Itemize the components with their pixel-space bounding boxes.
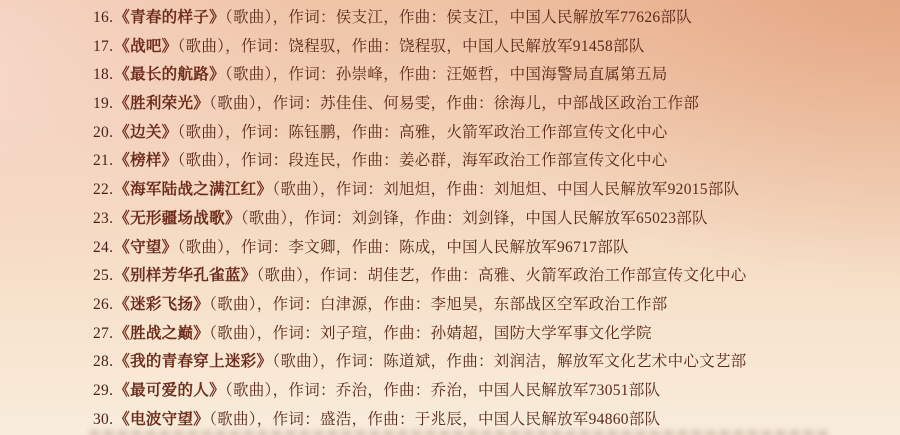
item-details: （歌曲），作词：白津源，作曲：李旭昊，东部战区空军政治工作部 [209,296,668,313]
item-number: 27. [93,325,113,342]
item-details: （歌曲），作词：孙崇峰，作曲：汪姬哲，中国海警局直属第五局 [225,66,668,83]
item-details: （歌曲），作词：段连民，作曲：姜必群，海军政治工作部宣传文化中心 [177,152,667,169]
item-details: （歌曲），作词：刘剑锋，作曲：刘剑锋，中国人民解放军65023部队 [241,210,708,227]
list-item: 24.《守望》（歌曲），作词：李文卿，作曲：陈成，中国人民解放军96717部队 [93,234,900,263]
list-item: 22.《海军陆战之满江红》（歌曲），作词：刘旭炟，作曲：刘旭炟、中国人民解放军9… [93,176,900,205]
list-item: 27.《胜战之巅》（歌曲），作词：刘子瑄，作曲：孙婧超，国防大学军事文化学院 [93,320,900,349]
list-item: 28.《我的青春穿上迷彩》（歌曲），作词：陈道斌，作曲：刘润洁，解放军文化艺术中… [93,348,900,377]
item-details: （歌曲），作词：李文卿，作曲：陈成，中国人民解放军96717部队 [177,239,628,256]
item-title: 《迷彩飞扬》 [114,296,209,313]
item-title: 《无形疆场战歌》 [114,210,240,227]
item-number: 19. [93,95,113,112]
item-number: 23. [93,210,113,227]
item-title: 《胜利荣光》 [114,95,209,112]
item-number: 29. [93,382,113,399]
item-details: （歌曲），作词：乔治，作曲：乔治，中国人民解放军73051部队 [225,382,661,399]
item-number: 24. [93,239,113,256]
item-number: 25. [93,267,113,284]
list-item: 23.《无形疆场战歌》（歌曲），作词：刘剑锋，作曲：刘剑锋，中国人民解放军650… [93,205,900,234]
next-line-cutoff [90,430,830,435]
item-title: 《别样芳华孔雀蓝》 [114,267,256,284]
item-title: 《电波守望》 [114,411,209,428]
item-number: 18. [93,66,113,83]
item-title: 《边关》 [114,124,177,141]
list-item: 25.《别样芳华孔雀蓝》（歌曲），作词：胡佳艺，作曲：高雅、火箭军政治工作部宣传… [93,262,900,291]
item-details: （歌曲），作词：饶程驭，作曲：饶程驭，中国人民解放军91458部队 [177,38,644,55]
item-title: 《青春的样子》 [114,9,225,26]
item-details: （歌曲），作词：盛浩，作曲：于兆辰，中国人民解放军94860部队 [209,411,660,428]
item-details: （歌曲），作词：苏佳佳、何易雯，作曲：徐海儿，中部战区政治工作部 [209,95,699,112]
item-title: 《胜战之巅》 [114,325,209,342]
item-title: 《最可爱的人》 [114,382,225,399]
list-item: 21.《榜样》（歌曲），作词：段连民，作曲：姜必群，海军政治工作部宣传文化中心 [93,147,900,176]
item-title: 《海军陆战之满江红》 [114,181,272,198]
item-details: （歌曲），作词：胡佳艺，作曲：高雅、火箭军政治工作部宣传文化中心 [256,267,746,284]
item-number: 17. [93,38,113,55]
item-number: 21. [93,152,113,169]
list-item: 20.《边关》（歌曲），作词：陈钰鹏，作曲：高雅，火箭军政治工作部宣传文化中心 [93,119,900,148]
list-item: 19.《胜利荣光》（歌曲），作词：苏佳佳、何易雯，作曲：徐海儿，中部战区政治工作… [93,90,900,119]
song-list: 16.《青春的样子》（歌曲），作词：侯支江，作曲：侯支江，中国人民解放军7762… [0,0,900,434]
list-item: 18.《最长的航路》（歌曲），作词：孙崇峰，作曲：汪姬哲，中国海警局直属第五局 [93,61,900,90]
list-item: 16.《青春的样子》（歌曲），作词：侯支江，作曲：侯支江，中国人民解放军7762… [93,4,900,33]
item-title: 《榜样》 [114,152,177,169]
item-details: （歌曲），作词：陈钰鹏，作曲：高雅，火箭军政治工作部宣传文化中心 [177,124,667,141]
item-title: 《战吧》 [114,38,177,55]
item-details: （歌曲），作词：刘子瑄，作曲：孙婧超，国防大学军事文化学院 [209,325,652,342]
list-item: 26.《迷彩飞扬》（歌曲），作词：白津源，作曲：李旭昊，东部战区空军政治工作部 [93,291,900,320]
item-details: （歌曲），作词：陈道斌，作曲：刘润洁，解放军文化艺术中心文艺部 [272,353,746,370]
item-title: 《最长的航路》 [114,66,225,83]
item-title: 《我的青春穿上迷彩》 [114,353,272,370]
list-item: 17.《战吧》（歌曲），作词：饶程驭，作曲：饶程驭，中国人民解放军91458部队 [93,33,900,62]
item-details: （歌曲），作词：刘旭炟，作曲：刘旭炟、中国人民解放军92015部队 [272,181,739,198]
item-number: 28. [93,353,113,370]
item-number: 26. [93,296,113,313]
item-number: 22. [93,181,113,198]
item-number: 20. [93,124,113,141]
item-title: 《守望》 [114,239,177,256]
item-number: 16. [93,9,113,26]
list-item: 29.《最可爱的人》（歌曲），作词：乔治，作曲：乔治，中国人民解放军73051部… [93,377,900,406]
item-number: 30. [93,411,113,428]
item-details: （歌曲），作词：侯支江，作曲：侯支江，中国人民解放军77626部队 [225,9,692,26]
